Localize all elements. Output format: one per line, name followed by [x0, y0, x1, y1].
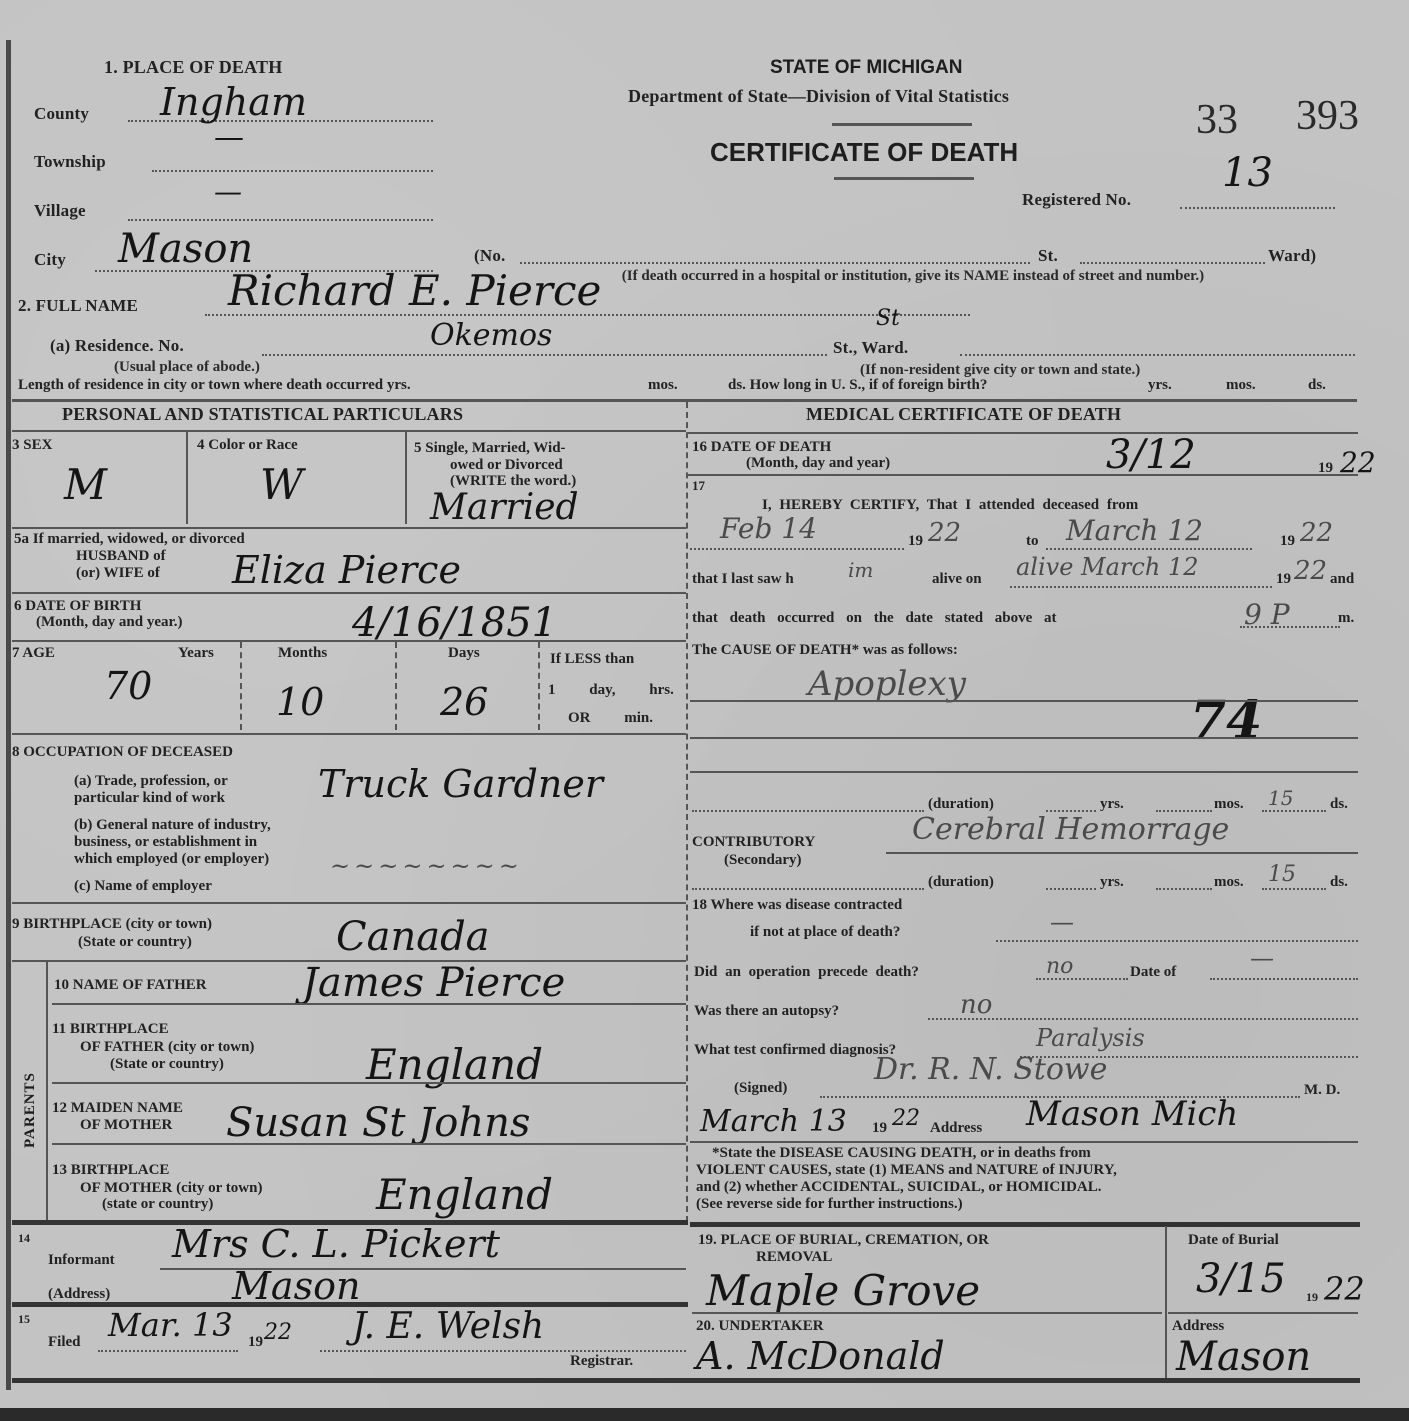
st-ward-label: St., Ward.: [833, 338, 908, 358]
informant-num: 14: [18, 1231, 30, 1246]
trade-label-2: particular kind of work: [74, 790, 225, 807]
registrar-signature[interactable]: J. E. Welsh: [352, 1306, 544, 1347]
age-label: 7 AGE: [12, 645, 55, 662]
test-confirmed-label: What test confirmed diagnosis?: [694, 1042, 896, 1059]
certify-num: 17: [692, 478, 705, 494]
contributory-sub-label: (Secondary): [724, 852, 802, 869]
foreign-birth-label: ds. How long in U. S., if of foreign bir…: [728, 377, 987, 394]
scan-bottom-edge: [0, 1408, 1409, 1421]
time-m-label: m.: [1338, 610, 1354, 627]
death-occurred-label: that death occurred on the date stated a…: [692, 610, 1057, 627]
burial-year-prefix: 19: [1306, 1290, 1318, 1305]
age-months-label: Months: [278, 645, 327, 662]
burial-place-value[interactable]: Maple Grove: [706, 1266, 980, 1315]
residence-label: (a) Residence. No.: [50, 336, 184, 356]
hospital-note: (If death occurred in a hospital or inst…: [528, 267, 1298, 285]
to-label: to: [1026, 533, 1039, 550]
autopsy-value[interactable]: no: [960, 990, 992, 1020]
filed-year-value[interactable]: 22: [264, 1320, 292, 1345]
father-birthplace-label-3: (State or country): [110, 1056, 224, 1073]
street-no-label: (No.: [474, 246, 506, 266]
spouse-label: 5a If married, widowed, or divorced: [14, 531, 245, 548]
signed-date-value[interactable]: March 13: [700, 1104, 847, 1139]
year2-value[interactable]: 22: [1300, 518, 1333, 548]
cause-value[interactable]: Apoplexy: [808, 664, 966, 704]
year2-prefix: 19: [1280, 533, 1295, 550]
burial-place-label: 19. PLACE OF BURIAL, CREMATION, OR: [698, 1232, 989, 1249]
undertaker-value[interactable]: A. McDonald: [696, 1334, 945, 1378]
occupation-label: 8 OCCUPATION OF DECEASED: [12, 744, 233, 761]
township-label: Township: [34, 152, 106, 172]
duration1-value[interactable]: 15: [1268, 786, 1293, 810]
md-label: M. D.: [1304, 1082, 1340, 1099]
mother-name-label-2: OF MOTHER: [80, 1117, 172, 1134]
employer-label: (c) Name of employer: [74, 878, 212, 895]
and-label: and: [1330, 571, 1354, 588]
trade-value[interactable]: Truck Gardner: [318, 762, 603, 806]
operation-date-label: Date of: [1130, 964, 1176, 981]
contracted-label-2: if not at place of death?: [750, 924, 900, 941]
mother-name-label: 12 MAIDEN NAME: [52, 1100, 183, 1117]
duration2-value[interactable]: 15: [1268, 862, 1296, 887]
last-saw-label: that I last saw h: [692, 571, 794, 588]
village-value[interactable]: —: [214, 175, 242, 208]
county-value[interactable]: Ingham: [160, 80, 307, 124]
informant-address-label: (Address): [48, 1286, 110, 1303]
less-than-min-label: OR min.: [568, 710, 653, 727]
footnote-line-2: VIOLENT CAUSES, state (1) MEANS and NATU…: [696, 1162, 1117, 1179]
filed-label: Filed: [48, 1334, 81, 1351]
footnote-line-4: (See reverse side for further instructio…: [696, 1196, 963, 1213]
duration1-ds-label: ds.: [1330, 796, 1348, 813]
marital-value[interactable]: Married: [430, 487, 579, 528]
physician-address-label: Address: [930, 1120, 982, 1137]
father-name-value[interactable]: James Pierce: [302, 960, 565, 1006]
informant-value[interactable]: Mrs C. L. Pickert: [172, 1222, 500, 1266]
street-st-label: St.: [1038, 246, 1058, 266]
mother-birthplace-label-3: (state or country): [102, 1196, 213, 1213]
title-rule-top: [832, 123, 972, 126]
contributory-value[interactable]: Cerebral Hemorrage: [912, 812, 1229, 847]
duration2-ds-label: ds.: [1330, 874, 1348, 891]
birthplace-label-2: (State or country): [78, 934, 192, 951]
attended-from-value[interactable]: Feb 14: [720, 512, 817, 545]
burial-date-label: Date of Burial: [1188, 1232, 1279, 1249]
employer-value[interactable]: ~~~~~~~~: [330, 852, 523, 880]
signed-label: (Signed): [734, 1080, 787, 1097]
stamp-number-right: 393: [1296, 92, 1359, 140]
father-birthplace-label: 11 BIRTHPLACE: [52, 1021, 169, 1038]
undertaker-address-label: Address: [1172, 1318, 1224, 1335]
parents-side-label: PARENTS: [22, 1072, 39, 1148]
death-certificate: STATE OF MICHIGAN Department of State—Di…: [0, 0, 1409, 1421]
st-ward-value[interactable]: St: [876, 306, 900, 331]
dod-label: 16 DATE OF DEATH: [692, 439, 831, 456]
burial-date-value[interactable]: 3/15: [1196, 1256, 1286, 1302]
burial-place-label-2: REMOVAL: [756, 1249, 832, 1266]
spouse-value[interactable]: Eliza Pierce: [232, 548, 461, 592]
personal-section-title: PERSONAL AND STATISTICAL PARTICULARS: [62, 404, 463, 425]
operation-date-value[interactable]: —: [1250, 944, 1274, 972]
father-name-label: 10 NAME OF FATHER: [54, 977, 207, 994]
duration1-mos-label: mos.: [1214, 796, 1244, 813]
full-name-value[interactable]: Richard E. Pierce: [228, 266, 601, 315]
contracted-label: 18 Where was disease contracted: [692, 897, 902, 914]
state-heading: STATE OF MICHIGAN: [770, 57, 962, 79]
section-divider: [12, 399, 1357, 402]
alive-on-value[interactable]: alive March 12: [1016, 553, 1198, 581]
father-birthplace-label-2: OF FATHER (city or town): [80, 1039, 254, 1056]
burial-year-value[interactable]: 22: [1324, 1270, 1365, 1308]
ward-label: Ward): [1268, 246, 1316, 266]
less-than-label: If LESS than: [550, 651, 634, 668]
spouse-label-3: (or) WIFE of: [76, 565, 160, 582]
age-months-value[interactable]: 10: [276, 680, 324, 724]
race-value[interactable]: W: [260, 460, 303, 509]
department-heading: Department of State—Division of Vital St…: [628, 86, 1009, 107]
signed-year-prefix: 19: [872, 1120, 887, 1137]
title-rule-bottom: [834, 177, 974, 180]
dob-label: 6 DATE OF BIRTH: [14, 598, 141, 615]
mother-name-value[interactable]: Susan St Johns: [226, 1100, 530, 1146]
certificate-title: CERTIFICATE OF DEATH: [710, 137, 1018, 168]
year3-value[interactable]: 22: [1294, 556, 1327, 586]
us-ds-label: ds.: [1308, 377, 1326, 394]
filed-num: 15: [18, 1312, 30, 1327]
age-years-value[interactable]: 70: [104, 664, 152, 708]
mother-birthplace-label-2: OF MOTHER (city or town): [80, 1180, 262, 1197]
sex-label: 3 SEX: [12, 437, 52, 454]
operation-label: Did an operation precede death?: [694, 964, 919, 981]
duration1-label: (duration): [928, 796, 994, 813]
duration2-yrs-label: yrs.: [1100, 874, 1124, 891]
cause-label: The CAUSE OF DEATH* was as follows:: [692, 642, 958, 659]
spouse-label-2: HUSBAND of: [76, 548, 166, 565]
industry-label: (b) General nature of industry,: [74, 817, 271, 834]
registered-no-value[interactable]: 13: [1222, 150, 1273, 196]
year1-prefix: 19: [908, 533, 923, 550]
duration2-mos-label: mos.: [1214, 874, 1244, 891]
marital-label: 5 Single, Married, Wid-: [414, 440, 566, 457]
usual-abode-note: (Usual place of abode.): [114, 359, 260, 376]
mother-birthplace-label: 13 BIRTHPLACE: [52, 1162, 169, 1179]
informant-label: Informant: [48, 1252, 115, 1269]
us-yrs-label: yrs.: [1148, 377, 1172, 394]
filed-date-value[interactable]: Mar. 13: [108, 1306, 233, 1344]
test-confirmed-value[interactable]: Paralysis: [1036, 1024, 1145, 1052]
less-than-hrs-label: 1 day, hrs.: [548, 682, 674, 699]
race-label: 4 Color or Race: [197, 437, 298, 454]
industry-label-3: which employed (or employer): [74, 851, 269, 868]
footnote-line-3: and (2) whether ACCIDENTAL, SUICIDAL, or…: [696, 1179, 1101, 1196]
trade-label: (a) Trade, profession, or: [74, 773, 228, 790]
physician-signature[interactable]: Dr. R. N. Stowe: [874, 1052, 1107, 1087]
full-name-label: 2. FULL NAME: [18, 296, 138, 316]
residence-mos-label: mos.: [648, 377, 678, 394]
residence-value[interactable]: Okemos: [430, 318, 552, 353]
registered-no-label: Registered No.: [1022, 190, 1131, 210]
undertaker-address-value[interactable]: Mason: [1176, 1334, 1311, 1380]
operation-value[interactable]: no: [1046, 954, 1073, 979]
age-days-label: Days: [448, 645, 480, 662]
birthplace-label: 9 BIRTHPLACE (city or town): [12, 916, 212, 933]
physician-address-value[interactable]: Mason Mich: [1026, 1094, 1238, 1134]
certify-text: I, HEREBY CERTIFY, That I attended decea…: [762, 497, 1138, 514]
contracted-value[interactable]: —: [1050, 908, 1074, 936]
age-years-label: Years: [178, 645, 214, 662]
registrar-label: Registrar.: [570, 1353, 633, 1370]
last-saw-pronoun[interactable]: im: [848, 558, 873, 582]
autopsy-label: Was there an autopsy?: [694, 1003, 839, 1020]
age-days-value[interactable]: 26: [440, 680, 488, 724]
dob-label-2: (Month, day and year.): [36, 614, 183, 631]
footnote-line-1: *State the DISEASE CAUSING DEATH, or in …: [712, 1145, 1091, 1162]
dod-label-2: (Month, day and year): [746, 455, 890, 472]
place-of-death-heading: 1. PLACE OF DEATH: [104, 57, 282, 78]
left-border: [6, 40, 11, 1390]
attended-to-value[interactable]: March 12: [1066, 514, 1203, 547]
mother-birthplace-value[interactable]: England: [376, 1170, 553, 1219]
us-mos-label: mos.: [1226, 377, 1256, 394]
alive-on-label: alive on: [932, 571, 982, 588]
year3-prefix: 19: [1276, 571, 1291, 588]
marital-label-2: owed or Divorced: [450, 457, 563, 474]
duration1-yrs-label: yrs.: [1100, 796, 1124, 813]
township-value[interactable]: —: [214, 120, 244, 155]
column-divider: [686, 402, 688, 1222]
industry-label-2: business, or establishment in: [74, 834, 257, 851]
duration2-label: (duration): [928, 874, 994, 891]
signed-year-value[interactable]: 22: [892, 1106, 920, 1131]
contributory-label: CONTRIBUTORY: [692, 834, 815, 851]
length-residence-label: Length of residence in city or town wher…: [18, 377, 411, 394]
medical-section-title: MEDICAL CERTIFICATE OF DEATH: [806, 404, 1121, 425]
filed-year-prefix: 19: [248, 1334, 263, 1351]
dod-value[interactable]: 3/12: [1106, 432, 1196, 478]
undertaker-label: 20. UNDERTAKER: [696, 1318, 824, 1335]
county-label: County: [34, 104, 89, 124]
year1-value[interactable]: 22: [928, 518, 961, 548]
sex-value[interactable]: M: [64, 460, 107, 509]
birthplace-value[interactable]: Canada: [336, 914, 490, 960]
stamp-number-left: 33: [1196, 96, 1238, 144]
village-label: Village: [34, 201, 86, 221]
city-label: City: [34, 250, 66, 270]
